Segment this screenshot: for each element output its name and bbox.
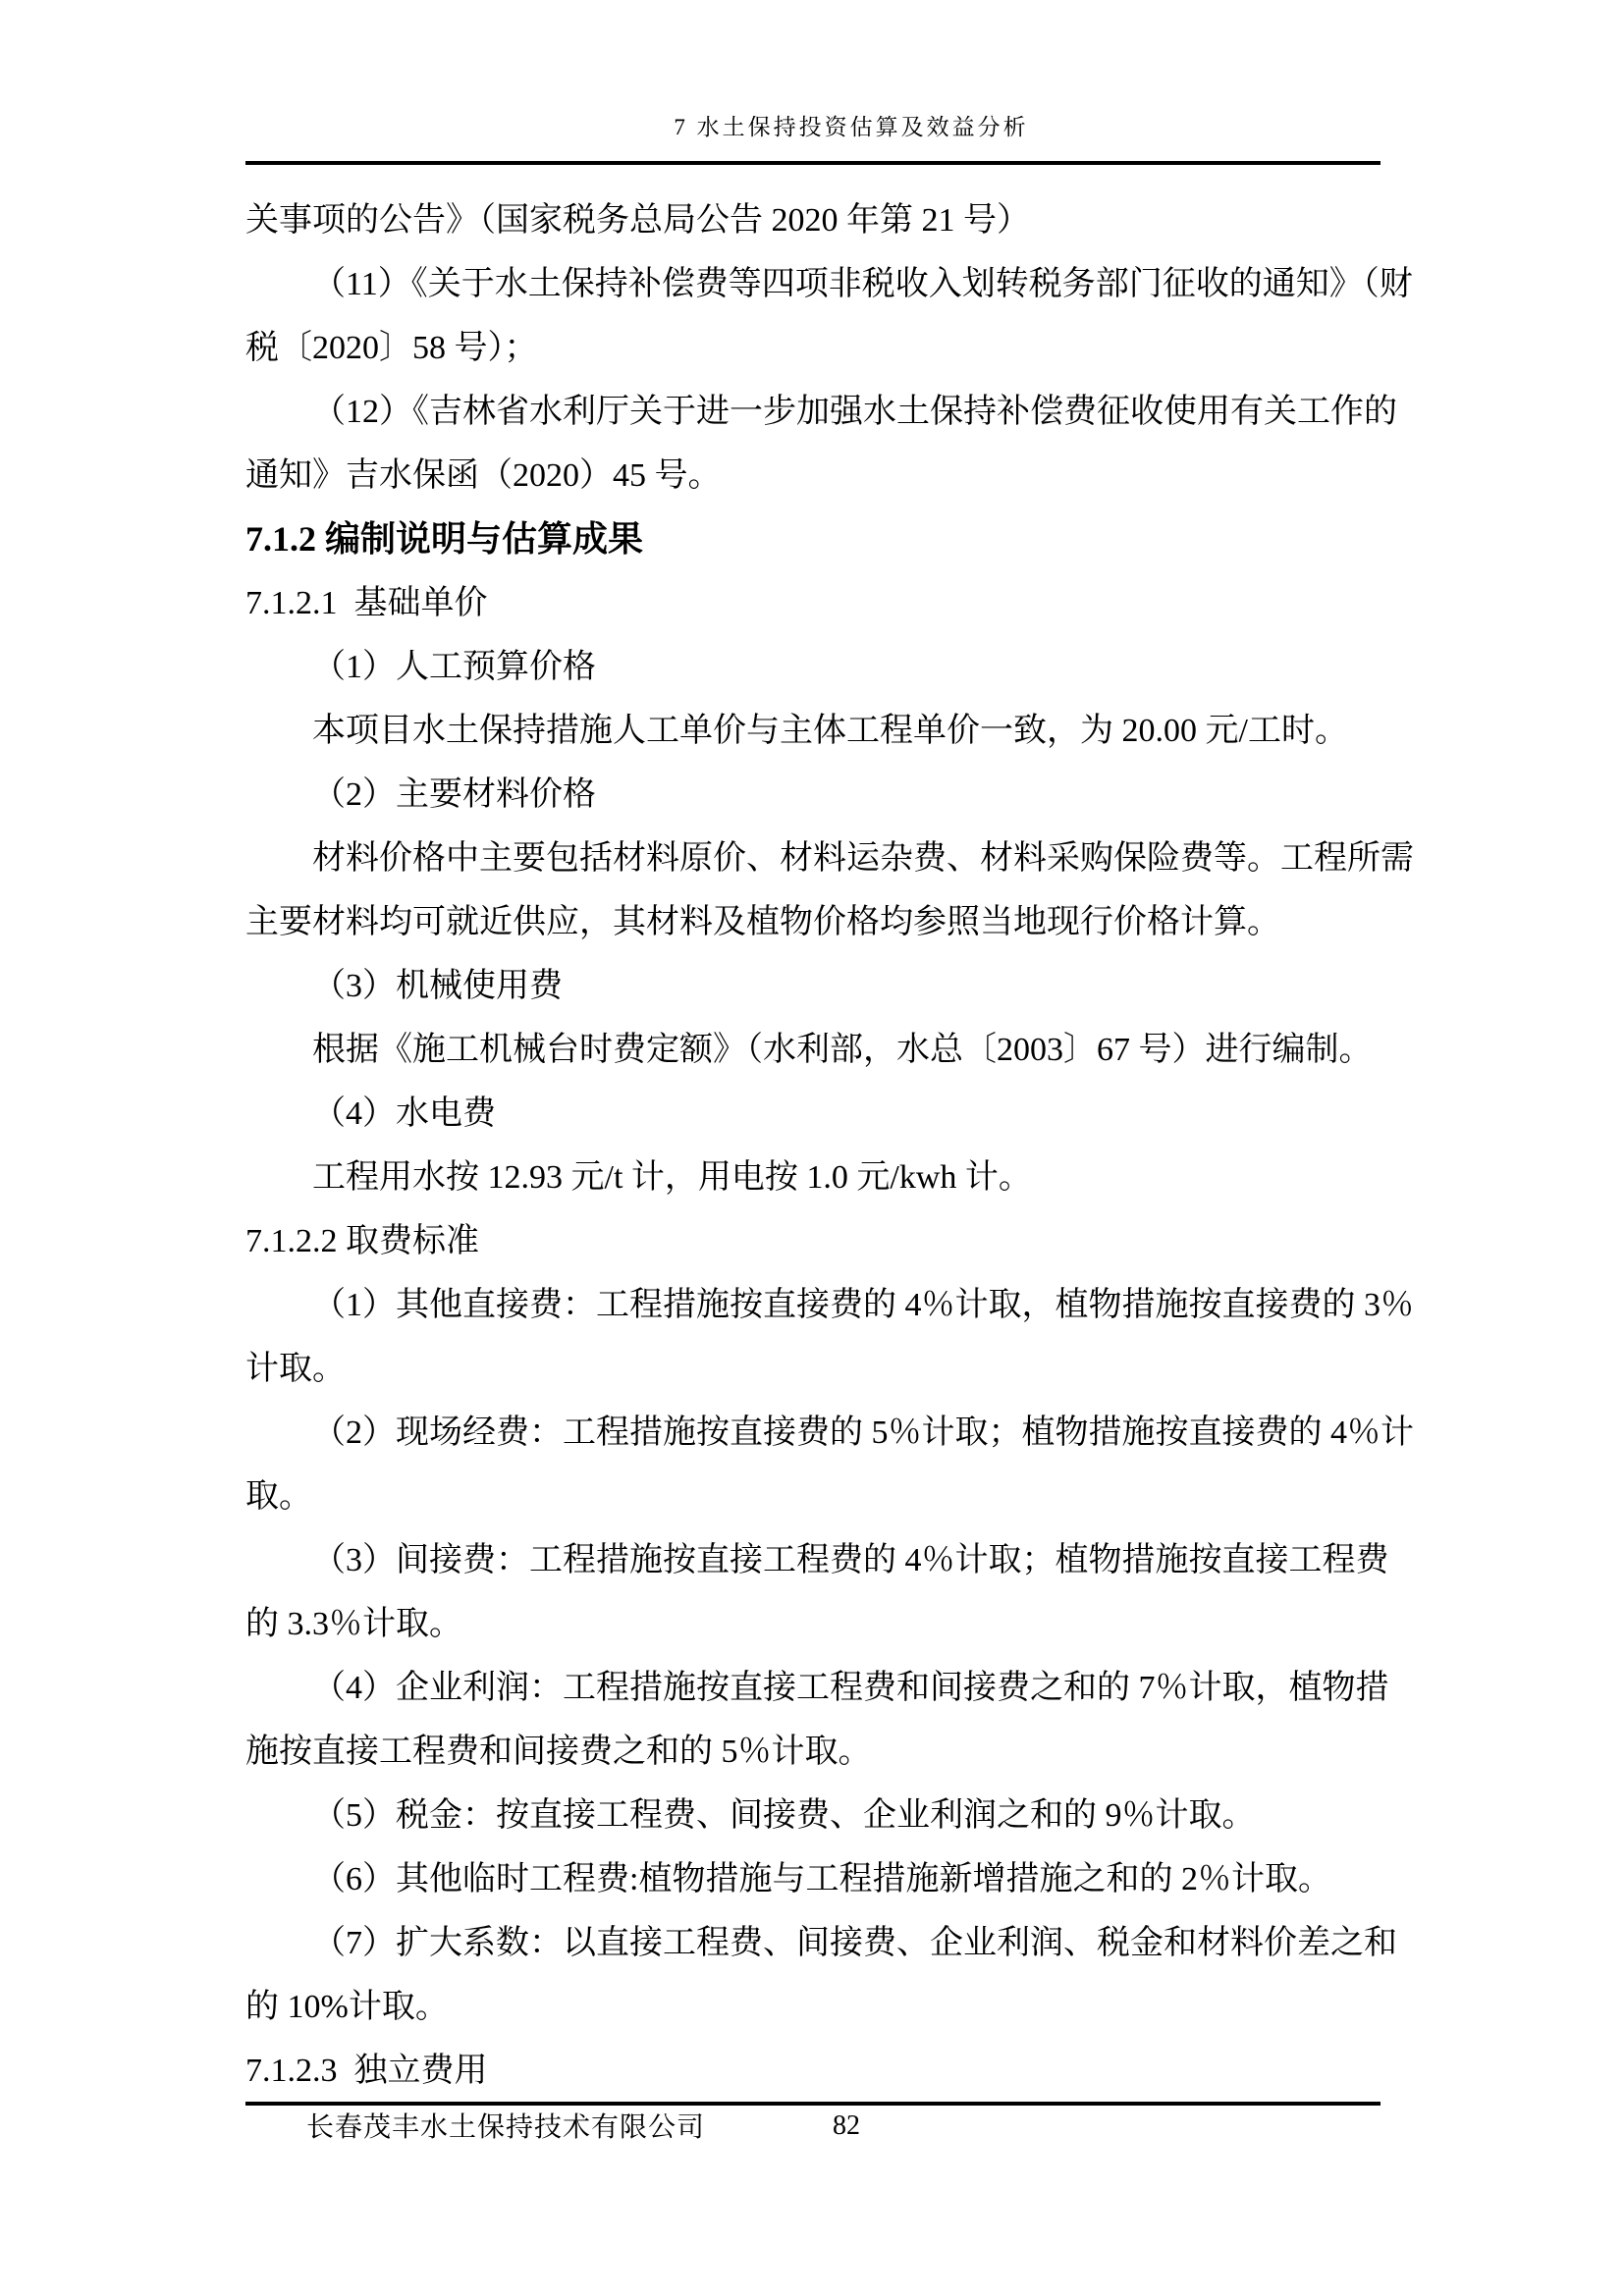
paragraph-line: 材料价格中主要包括材料原价、材料运杂费、材料采购保险费等。工程所需 [245, 827, 1380, 890]
paragraph-line: 关事项的公告》（国家税务总局公告 2020 年第 21 号） [245, 188, 1380, 252]
subsection-heading-7-1-2-2: 7.1.2.2 取费标准 [245, 1209, 1380, 1273]
paragraph-line: （3）机械使用费 [245, 954, 1380, 1018]
paragraph-line: 本项目水土保持措施人工单价与主体工程单价一致，为 20.00 元/工时。 [245, 699, 1380, 763]
paragraph-line: （2）现场经费：工程措施按直接费的 5％计取；植物措施按直接费的 4％计 [245, 1401, 1380, 1465]
paragraph-line: 税〔2020〕58 号）； [245, 316, 1380, 380]
paragraph-line: （1）人工预算价格 [245, 635, 1380, 699]
paragraph-line: 主要材料均可就近供应，其材料及植物价格均参照当地现行价格计算。 [245, 890, 1380, 954]
paragraph-line: 的 10%计取。 [245, 1975, 1380, 2039]
paragraph-line: （12）《吉林省水利厅关于进一步加强水土保持补偿费征收使用有关工作的 [245, 380, 1380, 444]
section-heading-7-1-2: 7.1.2 编制说明与估算成果 [245, 507, 1380, 571]
paragraph-line: 取。 [245, 1465, 1380, 1528]
footer-company-name: 长春茂丰水土保持技术有限公司 [306, 2111, 705, 2145]
paragraph-line: 施按直接工程费和间接费之和的 5％计取。 [245, 1720, 1380, 1784]
paragraph-line: （7）扩大系数：以直接工程费、间接费、企业利润、税金和材料价差之和 [245, 1911, 1380, 1975]
page-footer: 长春茂丰水土保持技术有限公司 82 [245, 2102, 1380, 2164]
subsection-heading-7-1-2-1: 7.1.2.1 基础单价 [245, 571, 1380, 635]
paragraph-line: 根据《施工机械台时费定额》（水利部，水总〔2003〕67 号）进行编制。 [245, 1018, 1380, 1082]
paragraph-line: 通知》吉水保函（2020）45 号。 [245, 444, 1380, 507]
paragraph-line: （11）《关于水土保持补偿费等四项非税收入划转税务部门征收的通知》（财 [245, 252, 1380, 316]
chapter-header-title: 7 水土保持投资估算及效益分析 [245, 0, 1380, 141]
page-number: 82 [833, 2109, 860, 2143]
paragraph-line: （4）企业利润：工程措施按直接工程费和间接费之和的 7％计取，植物措 [245, 1656, 1380, 1720]
paragraph-line: （2）主要材料价格 [245, 763, 1380, 827]
paragraph-line: 工程用水按 12.93 元/t 计，用电按 1.0 元/kwh 计。 [245, 1146, 1380, 1209]
paragraph-line: （1）其他直接费：工程措施按直接费的 4％计取，植物措施按直接费的 3％ [245, 1273, 1380, 1337]
header-rule [245, 161, 1380, 165]
paragraph-line: （5）税金：按直接工程费、间接费、企业利润之和的 9％计取。 [245, 1784, 1380, 1847]
paragraph-line: （4）水电费 [245, 1082, 1380, 1146]
paragraph-line: 计取。 [245, 1337, 1380, 1401]
document-page: 7 水土保持投资估算及效益分析 关事项的公告》（国家税务总局公告 2020 年第… [0, 0, 1624, 2296]
subsection-heading-7-1-2-3: 7.1.2.3 独立费用 [245, 2039, 1380, 2103]
paragraph-line: 的 3.3％计取。 [245, 1592, 1380, 1656]
paragraph-line: （3）间接费：工程措施按直接工程费的 4％计取；植物措施按直接工程费 [245, 1528, 1380, 1592]
paragraph-line: （6）其他临时工程费:植物措施与工程措施新增措施之和的 2％计取。 [245, 1847, 1380, 1911]
document-body: 关事项的公告》（国家税务总局公告 2020 年第 21 号） （11）《关于水土… [245, 188, 1380, 2103]
page-header: 7 水土保持投资估算及效益分析 [245, 0, 1380, 165]
content-area: 7 水土保持投资估算及效益分析 关事项的公告》（国家税务总局公告 2020 年第… [245, 0, 1380, 2103]
